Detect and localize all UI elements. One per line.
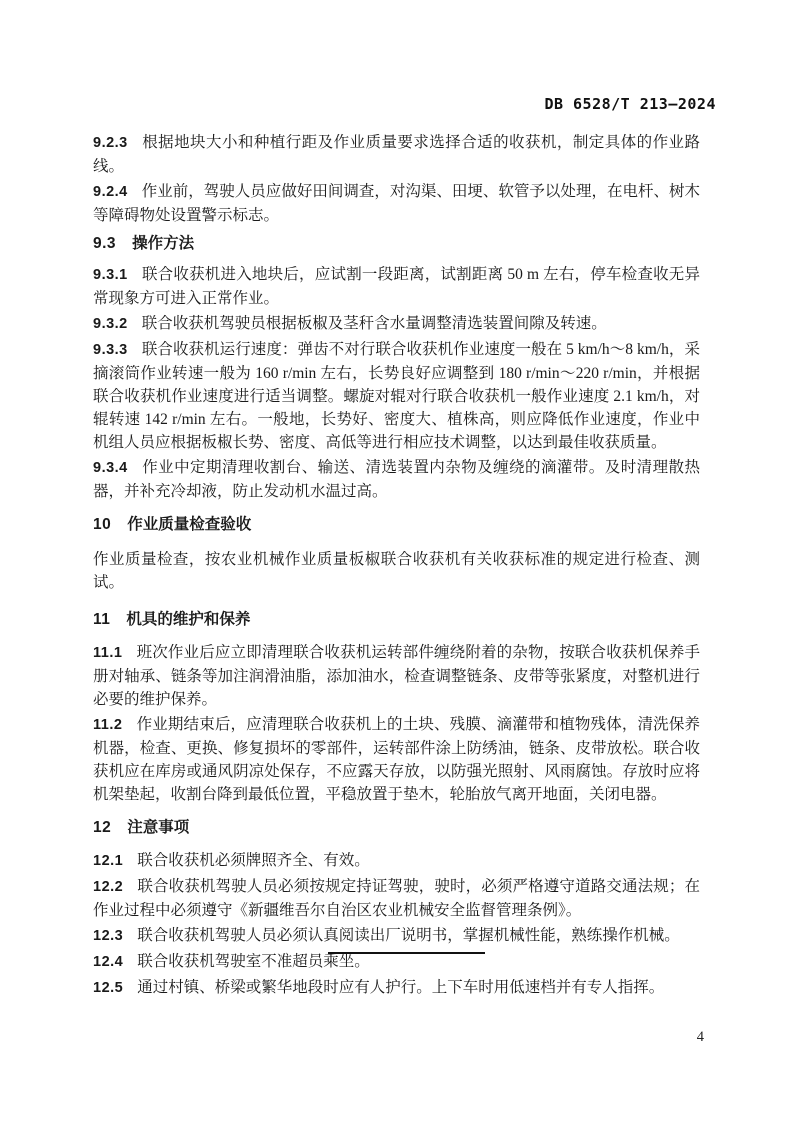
- clause-number: 12.2: [93, 879, 123, 895]
- clause-12-5: 12.5通过村镇、桥梁或繁华地段时应有人护行。上下车时用低速档并有专人指挥。: [93, 976, 700, 1000]
- clause-number: 9.2.3: [93, 135, 128, 151]
- clause-text: 作业期结束后，应清理联合收获机上的土块、残膜、滴灌带和植物残体，清洗保养机器，检…: [93, 716, 700, 803]
- paragraph-quality-check: 作业质量检查，按农业机械作业质量板椒联合收获机有关收获标准的规定进行检查、测试。: [93, 548, 700, 594]
- heading-12: 12注意事项: [93, 816, 700, 839]
- heading-11: 11机具的维护和保养: [93, 608, 700, 631]
- heading-9-3: 9.3操作方法: [93, 232, 700, 255]
- heading-number: 11: [93, 611, 110, 628]
- clause-text: 联合收获机驾驶室不准超员乘坐。: [137, 953, 370, 970]
- heading-title: 作业质量检查验收: [127, 516, 251, 533]
- footer-divider-line: [328, 952, 485, 954]
- document-body: 9.2.3根据地块大小和种植行距及作业质量要求选择合适的收获机，制定具体的作业路…: [93, 129, 700, 1000]
- clause-9-3-3: 9.3.3联合收获机运行速度：弹齿不对行联合收获机作业速度一般在 5 km/h～…: [93, 338, 700, 454]
- clause-11-2: 11.2作业期结束后，应清理联合收获机上的土块、残膜、滴灌带和植物残体，清洗保养…: [93, 713, 700, 806]
- clause-number: 11.1: [93, 645, 122, 661]
- clause-text: 作业前，驾驶人员应做好田间调查，对沟渠、田埂、软管予以处理，在电杆、树木等障碍物…: [93, 183, 700, 224]
- standard-code: DB 6528/T 213—2024: [544, 95, 716, 113]
- heading-title: 注意事项: [127, 819, 189, 836]
- clause-9-2-3: 9.2.3根据地块大小和种植行距及作业质量要求选择合适的收获机，制定具体的作业路…: [93, 131, 700, 178]
- heading-10: 10作业质量检查验收: [93, 513, 700, 536]
- clause-text: 联合收获机驾驶人员必须按规定持证驾驶，驶时，必须严格遵守道路交通法规；在作业过程…: [93, 878, 700, 919]
- clause-number: 9.3.4: [93, 460, 128, 476]
- clause-text: 联合收获机必须牌照齐全、有效。: [137, 852, 370, 869]
- clause-number: 11.2: [93, 717, 122, 733]
- clause-number: 9.3.3: [93, 342, 128, 358]
- heading-title: 机具的维护和保养: [126, 611, 250, 628]
- clause-text: 联合收获机进入地块后，应试割一段距离，试割距离 50 m 左右，停车检查收无异常…: [93, 266, 700, 307]
- clause-text: 根据地块大小和种植行距及作业质量要求选择合适的收获机，制定具体的作业路线。: [93, 134, 700, 175]
- clause-text: 联合收获机驾驶人员必须认真阅读出厂说明书，掌握机械性能，熟练操作机械。: [137, 927, 680, 944]
- heading-title: 操作方法: [132, 235, 194, 252]
- heading-number: 12: [93, 819, 111, 836]
- clause-12-1: 12.1联合收获机必须牌照齐全、有效。: [93, 849, 700, 873]
- clause-number: 12.1: [93, 853, 123, 869]
- heading-number: 9.3: [93, 235, 116, 252]
- clause-9-3-2: 9.3.2联合收获机驾驶员根据板椒及茎秆含水量调整清选装置间隙及转速。: [93, 312, 700, 336]
- clause-12-3: 12.3联合收获机驾驶人员必须认真阅读出厂说明书，掌握机械性能，熟练操作机械。: [93, 924, 700, 948]
- clause-text: 联合收获机驾驶员根据板椒及茎秆含水量调整清选装置间隙及转速。: [142, 315, 607, 332]
- document-page: DB 6528/T 213—2024 9.2.3根据地块大小和种植行距及作业质量…: [0, 0, 793, 1122]
- clause-text: 班次作业后应立即清理联合收获机运转部件缠绕附着的杂物，按联合收获机保养手册对轴承…: [93, 644, 700, 708]
- clause-number: 9.3.2: [93, 316, 128, 332]
- clause-9-2-4: 9.2.4作业前，驾驶人员应做好田间调查，对沟渠、田埂、软管予以处理，在电杆、树…: [93, 180, 700, 227]
- clause-number: 12.3: [93, 928, 123, 944]
- clause-9-3-1: 9.3.1联合收获机进入地块后，应试割一段距离，试割距离 50 m 左右，停车检…: [93, 263, 700, 310]
- clause-number: 12.5: [93, 980, 123, 996]
- heading-number: 10: [93, 516, 111, 533]
- clause-number: 12.4: [93, 954, 123, 970]
- page-number: 4: [697, 1029, 704, 1046]
- clause-number: 9.3.1: [93, 267, 128, 283]
- clause-text: 作业中定期清理收割台、输送、清选装置内杂物及缠绕的滴灌带。及时清理散热器，并补充…: [93, 459, 700, 500]
- clause-number: 9.2.4: [93, 184, 128, 200]
- clause-text: 通过村镇、桥梁或繁华地段时应有人护行。上下车时用低速档并有专人指挥。: [137, 979, 664, 996]
- clause-9-3-4: 9.3.4作业中定期清理收割台、输送、清选装置内杂物及缠绕的滴灌带。及时清理散热…: [93, 456, 700, 503]
- clause-12-2: 12.2联合收获机驾驶人员必须按规定持证驾驶，驶时，必须严格遵守道路交通法规；在…: [93, 875, 700, 922]
- clause-text: 联合收获机运行速度：弹齿不对行联合收获机作业速度一般在 5 km/h～8 km/…: [93, 341, 700, 451]
- clause-11-1: 11.1班次作业后应立即清理联合收获机运转部件缠绕附着的杂物，按联合收获机保养手…: [93, 641, 700, 711]
